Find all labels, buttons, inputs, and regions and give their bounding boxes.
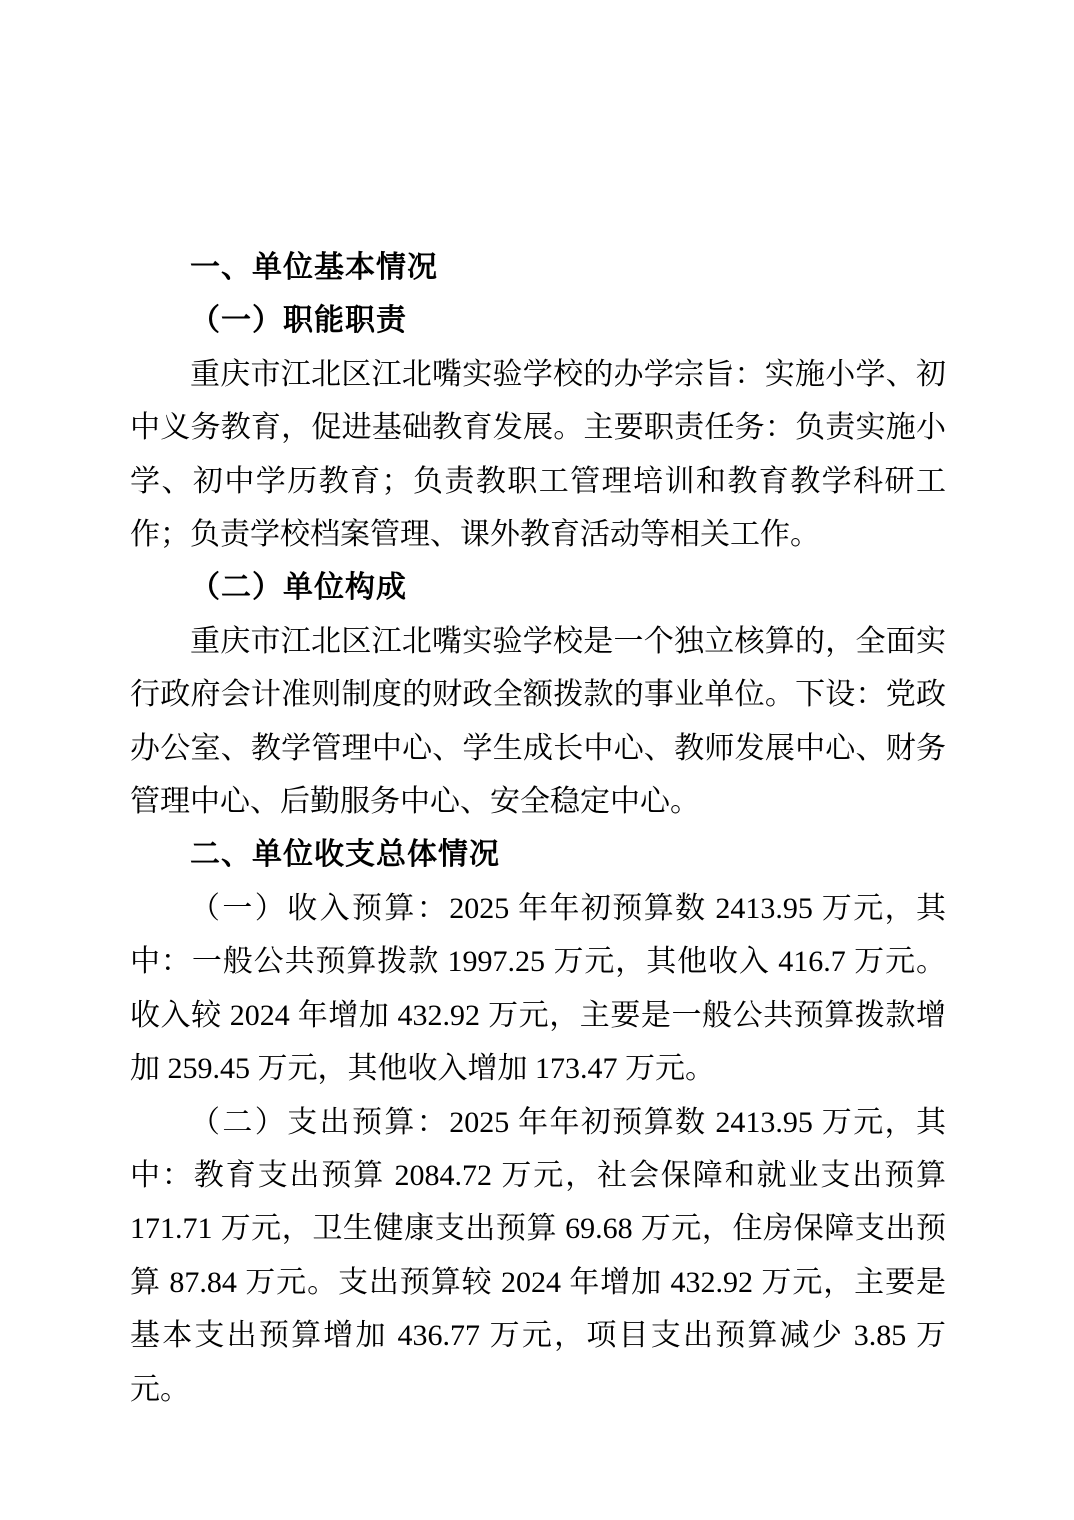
document-page: 一、单位基本情况 （一）职能职责 重庆市江北区江北嘴实验学校的办学宗旨：实施小学… [0, 0, 1074, 1520]
expenditure-budget-text: 2025 年年初预算数 2413.95 万元，其中：教育支出预算 2084.72… [130, 1106, 946, 1406]
paragraph-expenditure-budget: （二）支出预算：2025 年年初预算数 2413.95 万元，其中：教育支出预算… [130, 1096, 946, 1416]
subheading-duties: （一）职能职责 [130, 294, 946, 347]
paragraph-duties: 重庆市江北区江北嘴实验学校的办学宗旨：实施小学、初中义务教育，促进基础教育发展。… [130, 348, 946, 562]
revenue-budget-label: （一）收入预算： [190, 892, 449, 925]
paragraph-duties-text: 重庆市江北区江北嘴实验学校的办学宗旨：实施小学、初中义务教育，促进基础教育发展。… [130, 358, 946, 551]
subheading-unit-composition: （二）单位构成 [130, 561, 946, 614]
document-content: 一、单位基本情况 （一）职能职责 重庆市江北区江北嘴实验学校的办学宗旨：实施小学… [130, 241, 946, 1416]
paragraph-revenue-budget: （一）收入预算：2025 年年初预算数 2413.95 万元，其中：一般公共预算… [130, 882, 946, 1096]
heading-unit-basic-info: 一、单位基本情况 [130, 241, 946, 294]
paragraph-unit-composition-text: 重庆市江北区江北嘴实验学校是一个独立核算的，全面实行政府会计准则制度的财政全额拨… [130, 625, 946, 818]
paragraph-unit-composition: 重庆市江北区江北嘴实验学校是一个独立核算的，全面实行政府会计准则制度的财政全额拨… [130, 615, 946, 829]
heading-revenue-expenditure-overview: 二、单位收支总体情况 [130, 828, 946, 881]
expenditure-budget-label: （二）支出预算： [190, 1106, 449, 1139]
